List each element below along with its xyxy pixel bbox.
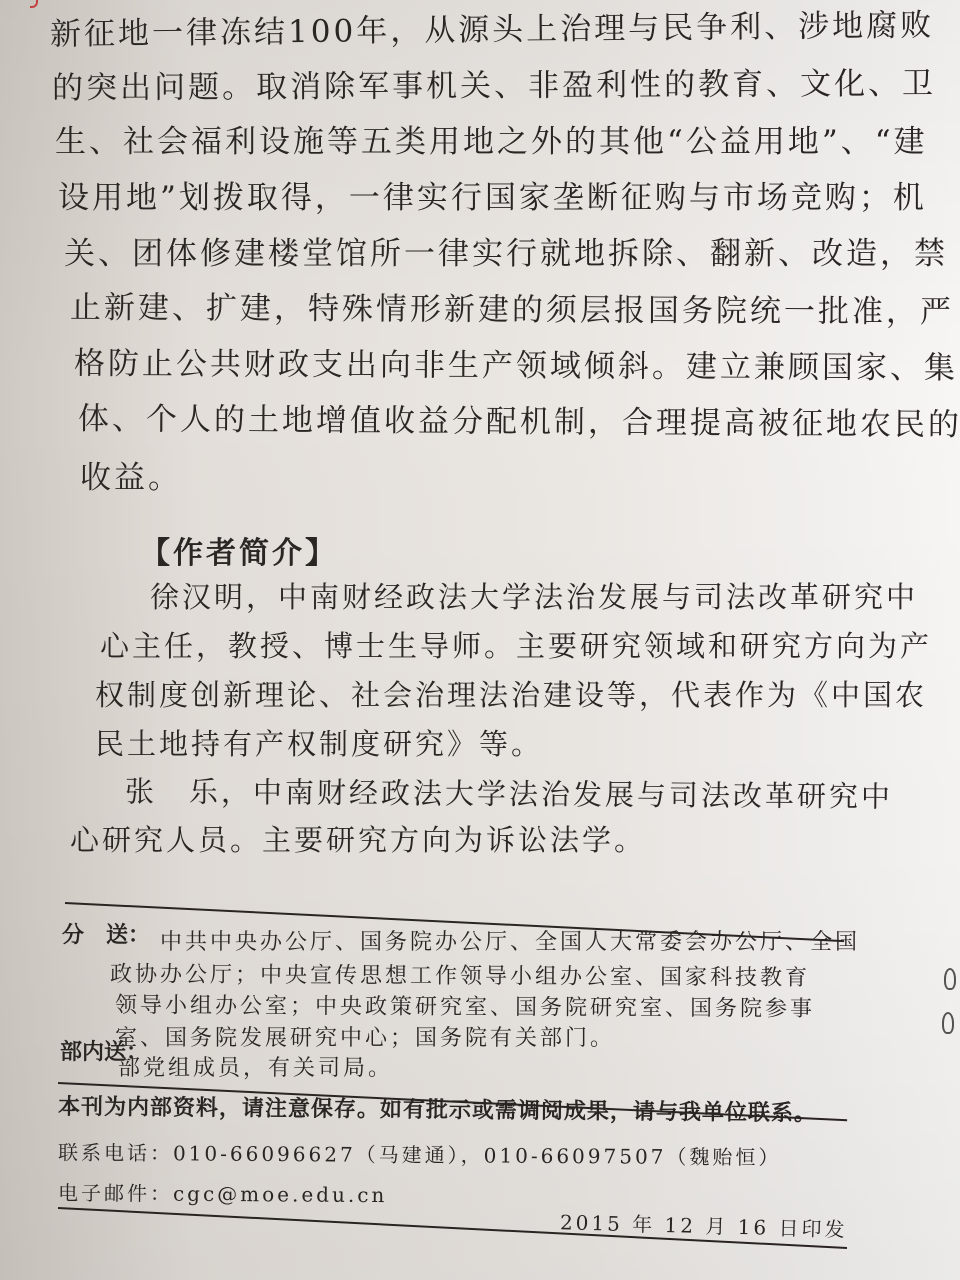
text-line: 关、团体修建楼堂馆所一律实行就地拆除、翻新、改造，禁	[64, 228, 948, 273]
staple-hole	[942, 1012, 954, 1034]
text-line: 收益。	[80, 452, 182, 497]
text-line: 体、个人的土地增值收益分配机制，合理提高被征地农民的	[78, 393, 960, 444]
text-line: 的突出问题。取消除军事机关、非盈利性的教育、文化、卫	[52, 58, 936, 108]
author1-line: 权制度创新理论、社会治理法治建设等，代表作为《中国农	[95, 673, 927, 714]
internal-line: 部党组成员，有关司局。	[118, 1051, 393, 1082]
send-line: 领导小组办公室；中央政策研究室、国务院研究室、国务院参事	[115, 988, 815, 1023]
send-line: 中共中央办公厅、国务院办公厅、全国人大常委会办公厅、全国	[160, 925, 860, 956]
author1-line: 民土地持有产权制度研究》等。	[95, 722, 543, 763]
contact-phone: 联系电话：010-66096627（马建通），010-66097507（魏贻恒）	[58, 1136, 782, 1170]
text-line: 生、社会福利设施等五类用地之外的其他“公益用地”、“建	[55, 116, 928, 161]
staple-hole	[944, 968, 956, 990]
text-line: 止新建、扩建，特殊情形新建的须层报国务院统一批准，严	[70, 282, 954, 332]
author2-line: 张 乐，中南财经政法大学法治发展与司法改革研究中	[125, 769, 893, 815]
red-ink-mark	[30, 0, 38, 8]
send-label: 分 送：	[62, 918, 150, 949]
send-line: 政协办公厅；中央宣传思想工作领导小组办公室、国家科技教育	[110, 957, 810, 992]
internal-notice: 本刊为内部资料，请注意保存。如有批示或需调阅成果，请与我单位联系。	[58, 1090, 817, 1128]
contact-email: 电子邮件：cgc@moe.edu.cn	[58, 1177, 388, 1208]
send-line: 室、国务院发展研究中心；国务院有关部门。	[115, 1021, 615, 1052]
author-heading: 【作者简介】	[140, 528, 338, 572]
print-date: 2015 年 12 月 16 日印发	[560, 1206, 848, 1243]
author2-line: 心研究人员。主要研究方向为诉讼法学。	[70, 818, 646, 859]
author1-line: 心主任，教授、博士生导师。主要研究领域和研究方向为产	[100, 624, 932, 665]
text-line: 设用地”划拨取得，一律实行国家垄断征购与市场竞购；机	[58, 172, 927, 217]
author1-line: 徐汉明，中南财经政法大学法治发展与司法改革研究中	[150, 575, 918, 616]
text-line: 格防止公共财政支出向非生产领域倾斜。建立兼顾国家、集	[74, 338, 958, 388]
text-line: 新征地一律冻结100年，从源头上治理与民争利、涉地腐败	[50, 0, 935, 54]
